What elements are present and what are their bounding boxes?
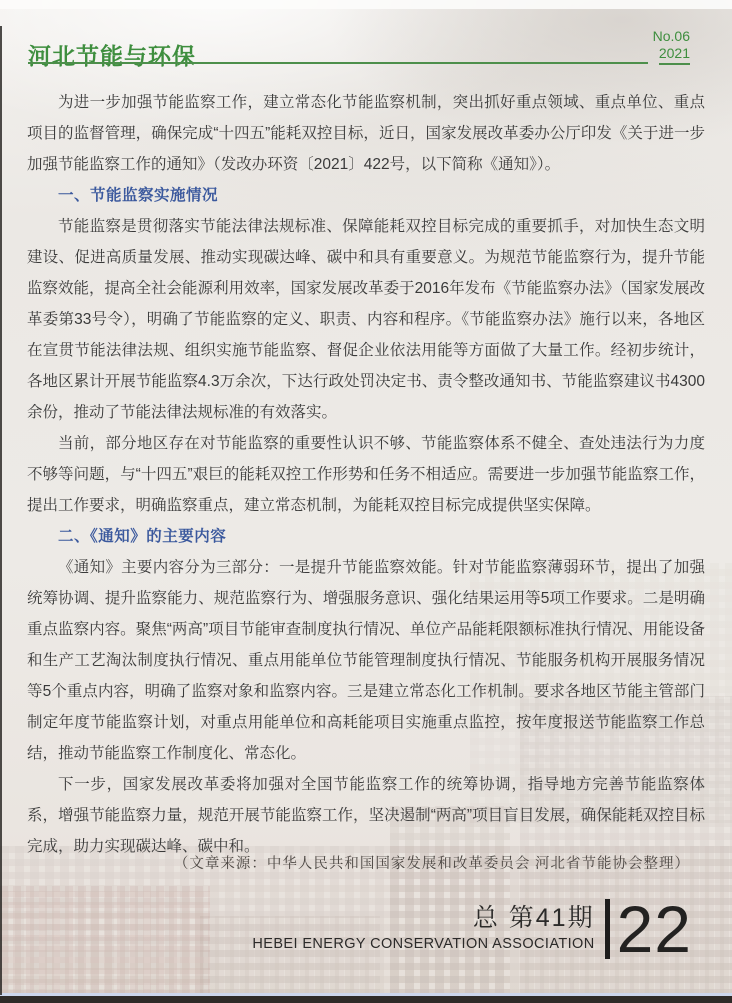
page-number: 22 xyxy=(617,898,692,960)
publication-title: 河北节能与环保 xyxy=(28,38,196,71)
section-heading-1: 一、节能监察实施情况 xyxy=(27,180,705,211)
section-2-paragraph-2: 下一步，国家发展改革委将加强对全国节能监察工作的统筹协调，指导地方完善节能监察体… xyxy=(27,769,705,862)
issue-label: 总 第41期 xyxy=(252,903,594,933)
section-1-paragraph-1: 节能监察是贯彻落实节能法律法规标准、保障能耗双控目标完成的重要抓手，对加快生态文… xyxy=(27,211,705,428)
section-2-paragraph-1: 《通知》主要内容分为三部分：一是提升节能监察效能。针对节能监察薄弱环节，提出了加… xyxy=(27,552,705,769)
footer-text: 总 第41期 HEBEI ENERGY CONSERVATION ASSOCIA… xyxy=(252,903,594,955)
page-bottom-edge xyxy=(0,996,732,1003)
page-top-edge xyxy=(0,0,732,9)
section-heading-2: 二、《通知》的主要内容 xyxy=(27,521,705,552)
background-building-left xyxy=(0,886,210,996)
issue-year: 2021 xyxy=(659,45,690,65)
issue-number: No.06 xyxy=(653,28,690,45)
article-body: 为进一步加强节能监察工作，建立常态化节能监察机制，突出抓好重点领域、重点单位、重… xyxy=(27,87,705,862)
masthead-rule xyxy=(28,62,648,64)
footer-divider xyxy=(605,899,610,959)
page-footer: 总 第41期 HEBEI ENERGY CONSERVATION ASSOCIA… xyxy=(252,898,692,960)
magazine-page: 河北节能与环保 No.06 2021 为进一步加强节能监察工作，建立常态化节能监… xyxy=(0,0,732,1003)
issue-block: No.06 2021 xyxy=(653,28,690,65)
page-left-edge xyxy=(0,26,2,995)
article-source: （文章来源：中华人民共和国国家发展和改革委员会 河北省节能协会整理） xyxy=(174,852,690,873)
section-1-paragraph-2: 当前，部分地区存在对节能监察的重要性认识不够、节能监察体系不健全、查处违法行为力… xyxy=(27,428,705,521)
association-name-en: HEBEI ENERGY CONSERVATION ASSOCIATION xyxy=(252,933,594,955)
intro-paragraph: 为进一步加强节能监察工作，建立常态化节能监察机制，突出抓好重点领域、重点单位、重… xyxy=(27,87,705,180)
